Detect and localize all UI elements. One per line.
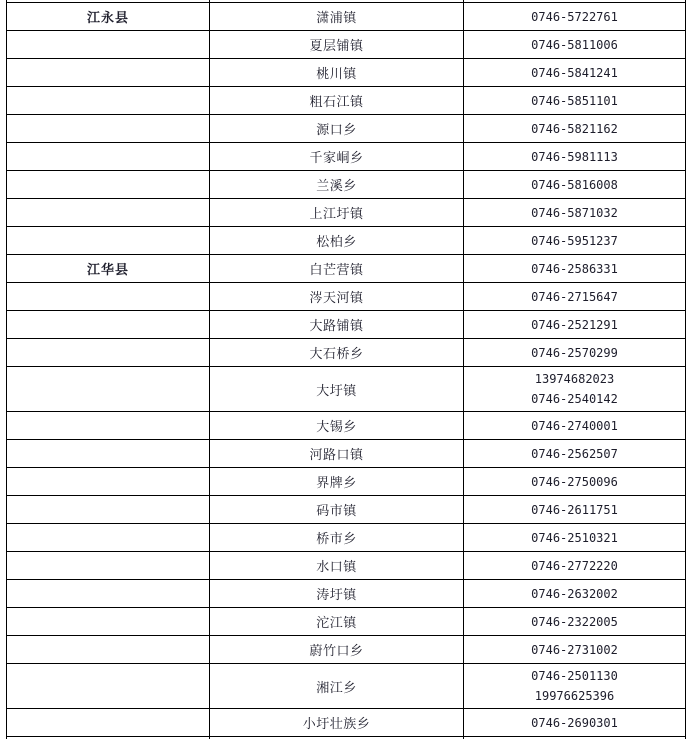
phone-cell: 0746-2715647 <box>464 283 686 311</box>
town-cell: 大圩镇 <box>210 367 464 412</box>
town-cell: 涔天河镇 <box>210 283 464 311</box>
county-cell: 江永县 <box>7 3 210 31</box>
county-cell <box>7 524 210 552</box>
phone-cell: 0746-2570299 <box>464 339 686 367</box>
phone-cell: 0746-5951237 <box>464 227 686 255</box>
phone-cell: 0746-5722761 <box>464 3 686 31</box>
county-cell <box>7 311 210 339</box>
table-row: 桃川镇0746-5841241 <box>7 59 686 87</box>
table-row: 松柏乡0746-5951237 <box>7 227 686 255</box>
county-cell <box>7 468 210 496</box>
phone-cell: 0746-5981113 <box>464 143 686 171</box>
phone-cell: 0746-250113019976625396 <box>464 664 686 709</box>
town-cell: 大石桥乡 <box>210 339 464 367</box>
town-cell: 水口镇 <box>210 552 464 580</box>
table-row: 大路铺镇0746-2521291 <box>7 311 686 339</box>
county-cell <box>7 552 210 580</box>
table-row: 蔚竹口乡0746-2731002 <box>7 636 686 664</box>
phone-number: 0746-2750096 <box>468 472 681 492</box>
county-cell <box>7 227 210 255</box>
contact-table-wrap: 江永县潇浦镇0746-5722761夏层铺镇0746-5811006桃川镇074… <box>6 0 685 739</box>
phone-number: 0746-5811006 <box>468 35 681 55</box>
table-row: 界牌乡0746-2750096 <box>7 468 686 496</box>
phone-number: 19976625396 <box>468 686 681 706</box>
phone-cell: 139746820230746-2540142 <box>464 367 686 412</box>
county-cell <box>7 143 210 171</box>
phone-number: 0746-5981113 <box>468 147 681 167</box>
town-cell: 上江圩镇 <box>210 199 464 227</box>
town-cell: 桥市乡 <box>210 524 464 552</box>
town-cell: 河路口镇 <box>210 440 464 468</box>
table-row: 源口乡0746-5821162 <box>7 115 686 143</box>
table-row: 大锡乡0746-2740001 <box>7 412 686 440</box>
table-row: 大圩镇139746820230746-2540142 <box>7 367 686 412</box>
county-cell <box>7 171 210 199</box>
table-row: 河路口镇0746-2562507 <box>7 440 686 468</box>
phone-cell: 0746-2611751 <box>464 496 686 524</box>
table-row: 码市镇0746-2611751 <box>7 496 686 524</box>
phone-cell: 0746-2740001 <box>464 412 686 440</box>
table-row: 夏层铺镇0746-5811006 <box>7 31 686 59</box>
phone-number: 0746-2322005 <box>468 612 681 632</box>
county-cell <box>7 339 210 367</box>
phone-cell: 0746-5821162 <box>464 115 686 143</box>
county-cell <box>7 199 210 227</box>
phone-number: 0746-2632002 <box>468 584 681 604</box>
phone-number: 0746-2570299 <box>468 343 681 363</box>
phone-cell: 0746-2731002 <box>464 636 686 664</box>
town-cell: 涛圩镇 <box>210 580 464 608</box>
town-cell: 小圩壮族乡 <box>210 709 464 737</box>
phone-number: 0746-5816008 <box>468 175 681 195</box>
table-row: 涛圩镇0746-2632002 <box>7 580 686 608</box>
phone-number: 0746-2501130 <box>468 666 681 686</box>
table-row: 兰溪乡0746-5816008 <box>7 171 686 199</box>
phone-cell: 0746-5816008 <box>464 171 686 199</box>
county-cell <box>7 283 210 311</box>
town-cell: 界牌乡 <box>210 468 464 496</box>
county-cell: 江华县 <box>7 255 210 283</box>
table-row: 湘江乡0746-250113019976625396 <box>7 664 686 709</box>
phone-cell: 0746-2322005 <box>464 608 686 636</box>
county-cell <box>7 367 210 412</box>
phone-cell: 0746-2690301 <box>464 709 686 737</box>
table-row: 水口镇0746-2772220 <box>7 552 686 580</box>
table-row: 沱江镇0746-2322005 <box>7 608 686 636</box>
phone-cell: 0746-2632002 <box>464 580 686 608</box>
phone-cell: 0746-5811006 <box>464 31 686 59</box>
table-row: 江永县潇浦镇0746-5722761 <box>7 3 686 31</box>
phone-number: 0746-5722761 <box>468 7 681 27</box>
phone-number: 0746-5841241 <box>468 63 681 83</box>
table-row: 千家峒乡0746-5981113 <box>7 143 686 171</box>
phone-cell: 0746-2521291 <box>464 311 686 339</box>
town-cell: 粗石江镇 <box>210 87 464 115</box>
town-cell: 潇浦镇 <box>210 3 464 31</box>
town-cell: 蔚竹口乡 <box>210 636 464 664</box>
town-cell: 白芒营镇 <box>210 255 464 283</box>
county-cell <box>7 412 210 440</box>
table-row: 粗石江镇0746-5851101 <box>7 87 686 115</box>
county-cell <box>7 608 210 636</box>
county-cell <box>7 664 210 709</box>
town-cell: 湘江乡 <box>210 664 464 709</box>
town-cell: 兰溪乡 <box>210 171 464 199</box>
town-cell: 码市镇 <box>210 496 464 524</box>
phone-number: 0746-2715647 <box>468 287 681 307</box>
town-cell: 大路铺镇 <box>210 311 464 339</box>
county-cell <box>7 709 210 737</box>
town-cell: 千家峒乡 <box>210 143 464 171</box>
phone-cell: 0746-2772220 <box>464 552 686 580</box>
town-cell: 源口乡 <box>210 115 464 143</box>
phone-cell: 0746-2586331 <box>464 255 686 283</box>
phone-number: 0746-2690301 <box>468 713 681 733</box>
phone-number: 13974682023 <box>468 369 681 389</box>
phone-number: 0746-2510321 <box>468 528 681 548</box>
phone-cell: 0746-2750096 <box>464 468 686 496</box>
county-cell <box>7 87 210 115</box>
town-cell: 桃川镇 <box>210 59 464 87</box>
county-cell <box>7 59 210 87</box>
table-row: 小圩壮族乡0746-2690301 <box>7 709 686 737</box>
county-cell <box>7 496 210 524</box>
county-cell <box>7 580 210 608</box>
table-row: 江华县白芒营镇0746-2586331 <box>7 255 686 283</box>
township-phone-table: 江永县潇浦镇0746-5722761夏层铺镇0746-5811006桃川镇074… <box>6 0 686 739</box>
county-cell <box>7 636 210 664</box>
phone-cell: 0746-5851101 <box>464 87 686 115</box>
phone-number: 0746-2611751 <box>468 500 681 520</box>
county-cell <box>7 440 210 468</box>
county-cell <box>7 115 210 143</box>
phone-number: 0746-2540142 <box>468 389 681 409</box>
phone-number: 0746-5821162 <box>468 119 681 139</box>
phone-number: 0746-2562507 <box>468 444 681 464</box>
table-row: 上江圩镇0746-5871032 <box>7 199 686 227</box>
phone-cell: 0746-2510321 <box>464 524 686 552</box>
table-row: 大石桥乡0746-2570299 <box>7 339 686 367</box>
phone-number: 0746-2731002 <box>468 640 681 660</box>
table-row: 桥市乡0746-2510321 <box>7 524 686 552</box>
table-row: 涔天河镇0746-2715647 <box>7 283 686 311</box>
phone-number: 0746-2740001 <box>468 416 681 436</box>
phone-cell: 0746-5841241 <box>464 59 686 87</box>
phone-number: 0746-2772220 <box>468 556 681 576</box>
phone-number: 0746-5871032 <box>468 203 681 223</box>
phone-cell: 0746-5871032 <box>464 199 686 227</box>
town-cell: 松柏乡 <box>210 227 464 255</box>
town-cell: 夏层铺镇 <box>210 31 464 59</box>
town-cell: 沱江镇 <box>210 608 464 636</box>
phone-cell: 0746-2562507 <box>464 440 686 468</box>
town-cell: 大锡乡 <box>210 412 464 440</box>
phone-number: 0746-2586331 <box>468 259 681 279</box>
phone-number: 0746-5851101 <box>468 91 681 111</box>
county-cell <box>7 31 210 59</box>
phone-number: 0746-2521291 <box>468 315 681 335</box>
phone-number: 0746-5951237 <box>468 231 681 251</box>
